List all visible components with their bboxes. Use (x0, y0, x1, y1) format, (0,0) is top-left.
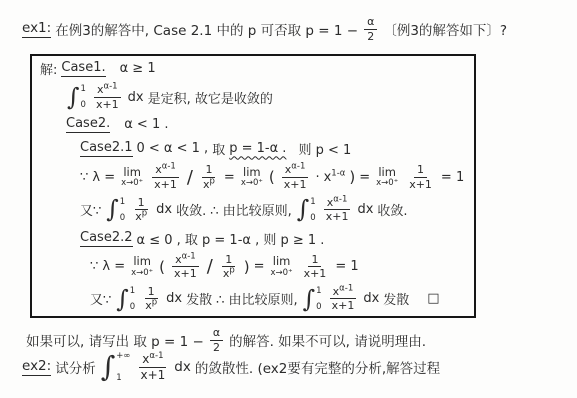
fraction-x-alpha-over-x-plus-1: xα-1 x+1 (93, 84, 122, 110)
close-paren: ) (349, 168, 355, 186)
fraction-numerator: xα-1 (282, 164, 309, 178)
diverges-text: 发散 (383, 289, 409, 308)
fraction-numerator: xα-1 (94, 84, 121, 98)
x-power-1-minus-alpha: x1-α (324, 170, 346, 185)
ex2-text-post: 的敛散性. (ex2要有完整的分析,解答过程 (195, 357, 440, 377)
because-lambda: ∵ λ = (80, 170, 115, 185)
fraction-numerator: xα-1 (152, 164, 179, 178)
integral-0-1: ∫ 10 (67, 84, 86, 110)
fraction-x-alpha-over-x-plus-1: xα-1 x+1 (329, 286, 358, 312)
ex1-text-post: 〔例3的解答如下〕? (383, 19, 507, 39)
solution-line-case21: Case2.1 0 < α < 1 , 取 p = 1-α . 则 p < 1 (40, 139, 466, 158)
dx-symbol: dx (363, 291, 379, 306)
also-because: 又∵ (90, 289, 111, 308)
case2-condition: α < 1 . (124, 117, 168, 132)
fraction-numerator: xα-1 (139, 353, 166, 368)
ex1-label: ex1: (22, 20, 51, 38)
integral-0-1: ∫ 10 (106, 197, 125, 223)
solution-line-case22: Case2.2 α ≤ 0 , 取 p = 1-α , 则 p ≥ 1 . (40, 229, 466, 248)
case21-condition: 0 < α < 1 , (137, 141, 209, 156)
fraction-denominator: x+1 (281, 178, 310, 191)
solution-line-case21-conclusion: 又∵ ∫ 10 1 xp dx 收敛. ∴ 由比较原则, ∫ 10 xα-1 x… (40, 197, 466, 223)
solution-line-case22-conclusion: 又∵ ∫ 10 1 xp dx 发散 ∴ 由比较原则, ∫ 10 xα-1 x+… (40, 286, 466, 312)
fraction-denominator: 2 (364, 30, 377, 43)
integral-sign: ∫ (297, 199, 310, 219)
fraction-denominator: xp (220, 267, 238, 280)
converges-text: 收敛. (377, 200, 407, 219)
integral-sign: ∫ (67, 87, 80, 107)
fraction-x-alpha-over-x-plus-1: xα-1 x+1 (171, 254, 200, 280)
case21-then: 则 p < 1 (298, 139, 351, 158)
fraction-1-over-x-p: 1 xp (142, 286, 160, 312)
integral-bounds: 10 (120, 197, 125, 223)
also-because: 又∵ (80, 200, 101, 219)
integral-1-infinity: ∫ +∞1 (101, 351, 131, 383)
dx-symbol: dx (128, 90, 144, 105)
integral-0-1: ∫ 10 (297, 197, 316, 223)
fraction-denominator: x+1 (151, 178, 180, 191)
followup-text-post: 的解答. 如果不可以, 请说明理由. (229, 330, 426, 350)
solution-line-case1-body: ∫ 10 xα-1 x+1 dx 是定积, 故它是收敛的 (40, 84, 466, 110)
case2-label: Case2. (66, 116, 110, 133)
integral-0-1: ∫ 10 (116, 286, 135, 312)
integral-bounds: 10 (316, 286, 321, 312)
fraction-denominator: x+1 (93, 98, 122, 111)
dx-symbol: dx (357, 202, 373, 217)
fraction-denominator: x+1 (171, 267, 200, 280)
equals-one: = 1 (441, 170, 464, 185)
followup-request-line: 如果可以, 请写出 取 p = 1 − α 2 的解答. 如果不可以, 请说明理… (26, 327, 426, 353)
case21-take: 取 (212, 139, 225, 158)
limit-operator: lim x→0⁺ (131, 256, 153, 277)
ex1-text-pre: 在例3的解答中, Case 2.1 中的 p 可否取 p = 1 − (55, 19, 358, 39)
case1-conclusion: 是定积, 故它是收敛的 (148, 88, 273, 107)
fraction-denominator: xp (142, 299, 160, 312)
fraction-numerator: 1 (414, 164, 427, 178)
integral-bounds: 10 (81, 84, 86, 110)
case1-condition: α ≥ 1 (120, 61, 156, 76)
followup-text-pre: 如果可以, 请写出 取 p = 1 − (26, 330, 204, 350)
divide-slash: / (187, 167, 193, 188)
fraction-denominator: x+1 (329, 299, 358, 312)
fraction-numerator: α (210, 327, 223, 341)
open-paren: ( (269, 168, 275, 186)
limit-operator: lim x→0⁺ (121, 167, 143, 188)
dx-symbol: dx (174, 359, 191, 375)
fraction-numerator: xα-1 (324, 197, 351, 211)
close-paren: ) (244, 258, 250, 276)
fraction-x-alpha-over-x-plus-1: xα-1 x+1 (281, 164, 310, 190)
problem-ex2-line: ex2: 试分析 ∫ +∞1 xα-1 x+1 dx 的敛散性. (ex2要有完… (22, 351, 440, 383)
fraction-1-over-x-plus-1: 1 x+1 (301, 254, 330, 280)
equals: = (254, 259, 265, 274)
comparison-rule-text: ∴ 由比较原则, (210, 200, 292, 219)
converges-text: 收敛. (176, 200, 206, 219)
fraction-numerator: α (364, 16, 377, 30)
solution-line-case22-limit: ∵ λ = lim x→0⁺ ( xα-1 x+1 / 1 xp ) = lim… (40, 254, 466, 280)
case22-label: Case2.2 (80, 230, 133, 247)
ex2-label: ex2: (22, 358, 51, 376)
fraction-alpha-over-2: α 2 (364, 16, 377, 42)
integral-bounds: 10 (130, 286, 135, 312)
integral-sign: ∫ (106, 199, 119, 219)
fraction-denominator: x+1 (301, 267, 330, 280)
limit-operator: lim x→0⁺ (271, 256, 293, 277)
fraction-x-alpha-over-x-plus-1: xα-1 x+1 (138, 353, 169, 381)
integral-sign: ∫ (101, 355, 116, 379)
because-lambda: ∵ λ = (90, 259, 125, 274)
fraction-denominator: x+1 (406, 178, 435, 191)
open-paren: ( (159, 258, 165, 276)
fraction-1-over-x-plus-1: 1 x+1 (406, 164, 435, 190)
problem-ex1-line: ex1: 在例3的解答中, Case 2.1 中的 p 可否取 p = 1 − … (22, 16, 507, 42)
integral-bounds: +∞1 (116, 351, 130, 383)
equals: = (359, 170, 370, 185)
fraction-denominator: xp (200, 178, 218, 191)
cdot: · (315, 170, 319, 185)
fraction-denominator: xp (132, 210, 150, 223)
dx-symbol: dx (166, 291, 182, 306)
fraction-1-over-x-p: 1 xp (200, 164, 218, 190)
qed-square: □ (427, 291, 439, 306)
fraction-1-over-x-p: 1 xp (132, 197, 150, 223)
equals: = (224, 170, 235, 185)
dx-symbol: dx (156, 202, 172, 217)
fraction-numerator: xα-1 (172, 254, 199, 268)
fraction-x-alpha-over-x-plus-1: xα-1 x+1 (323, 197, 352, 223)
diverges-text: 发散 (186, 289, 212, 308)
case1-label: Case1. (61, 60, 105, 77)
integral-sign: ∫ (303, 289, 316, 309)
limit-operator: lim x→0⁺ (376, 167, 398, 188)
solution-line-case1: 解: Case1. α ≥ 1 (40, 59, 466, 78)
case21-p-choice: p = 1-α . (229, 141, 286, 156)
solution-line-case21-limit: ∵ λ = lim x→0⁺ xα-1 x+1 / 1 xp = lim x→0… (40, 164, 466, 190)
case21-label: Case2.1 (80, 140, 133, 157)
solution-line-case2: Case2. α < 1 . (40, 116, 466, 133)
fraction-x-alpha-over-x-plus-1: xα-1 x+1 (151, 164, 180, 190)
handwritten-math-notes: ex1: 在例3的解答中, Case 2.1 中的 p 可否取 p = 1 − … (0, 0, 577, 398)
case22-condition: α ≤ 0 , 取 p = 1-α , 则 p ≥ 1 . (137, 229, 325, 248)
divide-slash: / (207, 256, 213, 277)
integral-0-1: ∫ 10 (303, 286, 322, 312)
integral-sign: ∫ (116, 289, 129, 309)
solution-box: 解: Case1. α ≥ 1 ∫ 10 xα-1 x+1 dx 是定积, 故它… (30, 54, 476, 318)
fraction-1-over-x-p: 1 xp (220, 254, 238, 280)
jie-label: 解: (40, 59, 57, 78)
fraction-alpha-over-2: α 2 (210, 327, 223, 353)
fraction-denominator: x+1 (138, 368, 169, 382)
comparison-rule-text: ∴ 由比较原则, (216, 289, 298, 308)
integral-bounds: 10 (310, 197, 315, 223)
ex2-text-pre: 试分析 (55, 357, 96, 377)
fraction-numerator: 1 (308, 254, 321, 268)
equals-one: = 1 (335, 259, 358, 274)
fraction-numerator: xα-1 (330, 286, 357, 300)
limit-operator: lim x→0⁺ (241, 167, 263, 188)
fraction-denominator: x+1 (323, 210, 352, 223)
